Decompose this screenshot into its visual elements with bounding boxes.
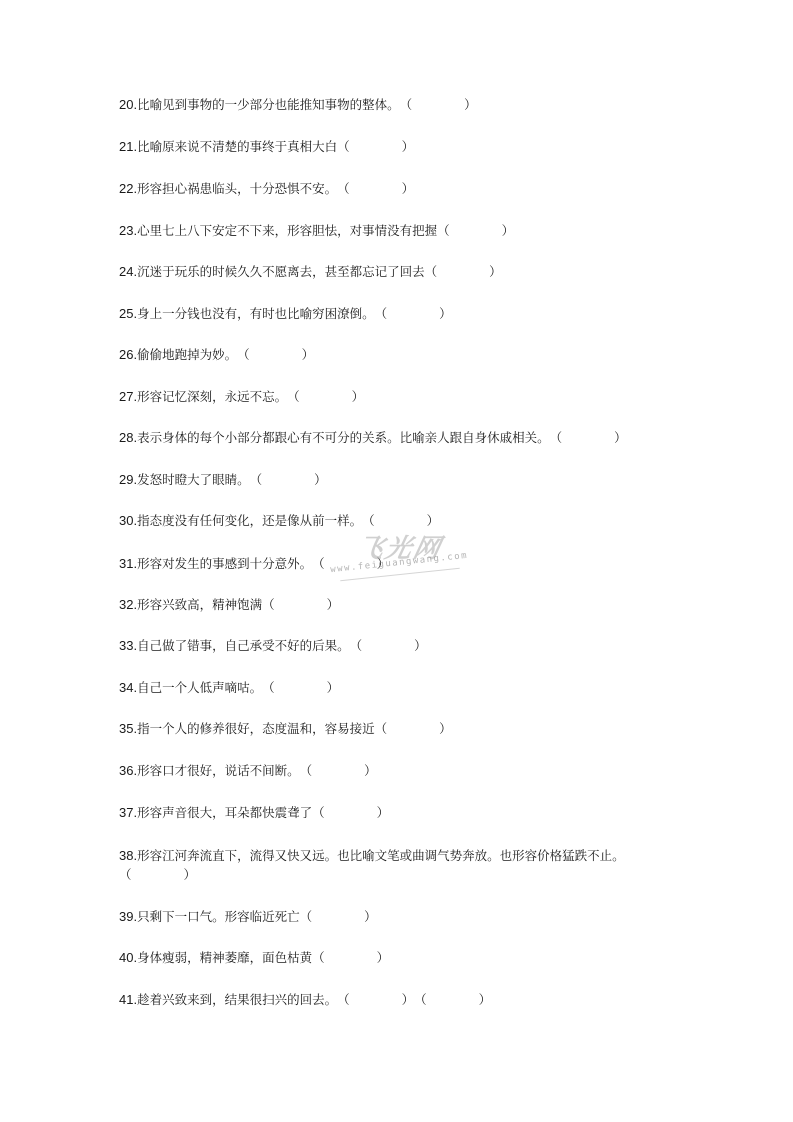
question-item: 32.形容兴致高，精神饱满（） xyxy=(119,597,339,613)
paren-open: （ xyxy=(400,97,413,113)
paren-open: （ xyxy=(300,763,313,779)
paren-open: （ xyxy=(375,306,388,322)
question-text: 形容对发生的事感到十分意外。 xyxy=(137,556,312,571)
question-number: 38. xyxy=(119,848,137,863)
question-text: 形容担心祸患临头，十分恐惧不安。 xyxy=(137,181,337,196)
question-item: 41.趁着兴致来到，结果很扫兴的回去。（）（） xyxy=(119,992,491,1008)
question-item: 37.形容声音很大，耳朵都快震聋了（） xyxy=(119,805,389,821)
question-item: 21.比喻原来说不清楚的事终于真相大白（） xyxy=(119,139,414,155)
paren-close: ） xyxy=(302,347,315,363)
question-text: 身上一分钱也没有，有时也比喻穷困潦倒。 xyxy=(137,306,375,321)
paren-open: （ xyxy=(312,950,325,966)
question-number: 25. xyxy=(119,306,137,321)
question-text: 趁着兴致来到，结果很扫兴的回去。 xyxy=(137,992,337,1007)
question-number: 23. xyxy=(119,223,137,238)
paren-open: （ xyxy=(237,347,250,363)
paren-open: （ xyxy=(425,264,438,280)
paren-close: ） xyxy=(327,680,340,696)
question-number: 24. xyxy=(119,264,137,279)
paren-open: （ xyxy=(287,389,300,405)
paren-close: ） xyxy=(402,992,415,1008)
paren-close: ） xyxy=(402,181,415,197)
paren-close: ） xyxy=(439,306,452,322)
paren-open: （ xyxy=(337,181,350,197)
question-text: 表示身体的每个小部分都跟心有不可分的关系。比喻亲人跟自身休戚相关。 xyxy=(137,430,550,445)
question-item: 27.形容记忆深刻，永远不忘。（） xyxy=(119,389,364,405)
question-text: 发怒时瞪大了眼睛。 xyxy=(137,472,250,487)
paren-close: ） xyxy=(479,992,492,1008)
question-item: 38.形容江河奔流直下，流得又快又远。也比喻文笔或曲调气势奔放。也形容价格猛跌不… xyxy=(119,848,625,864)
paren-close: ） xyxy=(377,805,390,821)
question-number: 35. xyxy=(119,721,137,736)
document-page: 20.比喻见到事物的一少部分也能推知事物的整体。（）21.比喻原来说不清楚的事终… xyxy=(0,0,793,1122)
question-item: 35.指一个人的修养很好，态度温和，容易接近（） xyxy=(119,721,452,737)
question-text: 比喻原来说不清楚的事终于真相大白 xyxy=(137,139,337,154)
question-number: 37. xyxy=(119,805,137,820)
question-number: 30. xyxy=(119,513,137,528)
paren-close: ） xyxy=(377,556,390,572)
paren-open: （ xyxy=(337,992,350,1008)
paren-close: ） xyxy=(352,389,365,405)
paren-close: ） xyxy=(614,430,627,446)
paren-close: ） xyxy=(327,597,340,613)
paren-open: （ xyxy=(375,721,388,737)
question-number: 41. xyxy=(119,992,137,1007)
question-text: 自己做了错事，自己承受不好的后果。 xyxy=(137,638,350,653)
question-number: 28. xyxy=(119,430,137,445)
question-number: 34. xyxy=(119,680,137,695)
question-number: 39. xyxy=(119,909,137,924)
question-item: 33.自己做了错事，自己承受不好的后果。（） xyxy=(119,638,427,654)
question-item: 28.表示身体的每个小部分都跟心有不可分的关系。比喻亲人跟自身休戚相关。（） xyxy=(119,430,627,446)
question-item: 20.比喻见到事物的一少部分也能推知事物的整体。（） xyxy=(119,97,477,113)
paren-open: （ xyxy=(550,430,563,446)
question-text: 比喻见到事物的一少部分也能推知事物的整体。 xyxy=(137,97,400,112)
paren-open: （ xyxy=(437,223,450,239)
question-text: 自己一个人低声嘀咕。 xyxy=(137,680,262,695)
question-item: 31.形容对发生的事感到十分意外。（） xyxy=(119,556,389,572)
paren-open: （ xyxy=(312,805,325,821)
question-item: 40.身体瘦弱，精神萎靡，面色枯黄（） xyxy=(119,950,389,966)
question-number: 29. xyxy=(119,472,137,487)
question-text: 形容兴致高，精神饱满 xyxy=(137,597,262,612)
question-number: 27. xyxy=(119,389,137,404)
question-item: 26.偷偷地跑掉为妙。（） xyxy=(119,347,314,363)
question-number: 20. xyxy=(119,97,137,112)
question-number: 31. xyxy=(119,556,137,571)
question-item: 36.形容口才很好，说话不间断。（） xyxy=(119,763,377,779)
paren-close: ） xyxy=(439,721,452,737)
question-item: 24.沉迷于玩乐的时候久久不愿离去，甚至都忘记了回去（） xyxy=(119,264,502,280)
paren-close: ） xyxy=(427,513,440,529)
question-item: 23.心里七上八下安定不下来，形容胆怯，对事情没有把握（） xyxy=(119,223,514,239)
paren-open: （ xyxy=(300,909,313,925)
question-text: 形容口才很好，说话不间断。 xyxy=(137,763,300,778)
paren-close: ） xyxy=(489,264,502,280)
paren-open: （ xyxy=(414,992,427,1008)
question-number: 32. xyxy=(119,597,137,612)
paren-open: （ xyxy=(362,513,375,529)
question-text: 心里七上八下安定不下来，形容胆怯，对事情没有把握 xyxy=(137,223,437,238)
question-text: 沉迷于玩乐的时候久久不愿离去，甚至都忘记了回去 xyxy=(137,264,425,279)
question-text: 偷偷地跑掉为妙。 xyxy=(137,347,237,362)
paren-close: ） xyxy=(377,950,390,966)
question-text: 身体瘦弱，精神萎靡，面色枯黄 xyxy=(137,950,312,965)
question-text: 形容声音很大，耳朵都快震聋了 xyxy=(137,805,312,820)
paren-close: ） xyxy=(402,139,415,155)
paren-open: （ xyxy=(350,638,363,654)
question-text: 只剩下一口气。形容临近死亡 xyxy=(137,909,300,924)
question-text: 形容记忆深刻，永远不忘。 xyxy=(137,389,287,404)
paren-close: ） xyxy=(414,638,427,654)
question-item: 22.形容担心祸患临头，十分恐惧不安。（） xyxy=(119,181,414,197)
question-item: 29.发怒时瞪大了眼睛。（） xyxy=(119,472,327,488)
question-text: 指态度没有任何变化，还是像从前一样。 xyxy=(137,513,362,528)
question-number: 40. xyxy=(119,950,137,965)
paren-open: （ xyxy=(262,680,275,696)
question-text: 形容江河奔流直下，流得又快又远。也比喻文笔或曲调气势奔放。也形容价格猛跌不止。 xyxy=(137,848,625,863)
question-item: 30.指态度没有任何变化，还是像从前一样。（） xyxy=(119,513,439,529)
paren-close: ） xyxy=(314,472,327,488)
paren-open: （ xyxy=(250,472,263,488)
paren-close: ） xyxy=(364,763,377,779)
paren-open: （ xyxy=(119,867,132,883)
question-number: 22. xyxy=(119,181,137,196)
question-item: 39.只剩下一口气。形容临近死亡（） xyxy=(119,909,377,925)
question-item: 25.身上一分钱也没有，有时也比喻穷困潦倒。（） xyxy=(119,306,452,322)
paren-close: ） xyxy=(464,97,477,113)
paren-close: ） xyxy=(502,223,515,239)
question-number: 21. xyxy=(119,139,137,154)
paren-open: （ xyxy=(337,139,350,155)
paren-close: ） xyxy=(364,909,377,925)
paren-open: （ xyxy=(312,556,325,572)
question-number: 33. xyxy=(119,638,137,653)
question-number: 26. xyxy=(119,347,137,362)
paren-close: ） xyxy=(184,867,197,883)
question-number: 36. xyxy=(119,763,137,778)
paren-open: （ xyxy=(262,597,275,613)
question-item-continuation: （） xyxy=(119,867,196,883)
question-text: 指一个人的修养很好，态度温和，容易接近 xyxy=(137,721,375,736)
question-item: 34.自己一个人低声嘀咕。（） xyxy=(119,680,339,696)
